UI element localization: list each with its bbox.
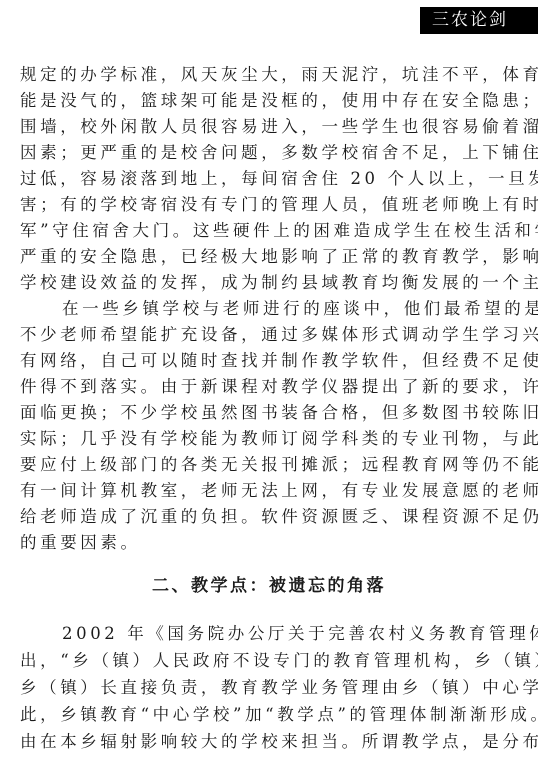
text-line: 要应付上级部门的各类无关报刊摊派；远程教育网等仍不能保证，有的学校只: [20, 452, 520, 478]
text-line: 由在本乡辐射影响较大的学校来担当。所谓教学点，是分布在其他自然村的完: [20, 728, 520, 755]
text-line: 此，乡镇教育“中心学校”加“教学点”的管理体制渐渐形成。中心学校往往: [20, 701, 520, 728]
text-line: 有一间计算机教室，老师无法上网，有专业发展意愿的老师只能自购电脑，这: [20, 478, 520, 504]
text-line: 规定的办学标准，风天灰尘大，雨天泥泞，坑洼不平，体育器材不足，篮球可: [20, 62, 520, 88]
paragraph-3: 2002 年《国务院办公厅关于完善农村义务教育管理体制的通知》明确提 出，“乡（…: [20, 620, 520, 755]
text-line: 实际；几乎没有学校能为教师订阅学科类的专业刊物，与此并存的是，学校却: [20, 426, 520, 452]
text-line: 过低，容易滚落到地上，每间宿舍住 20 个人以上，一旦发生火灾将造成重大伤: [20, 166, 520, 192]
text-line: 乡（镇）长直接负责，教育教学业务管理由乡（镇）中心学校校长负责”。至: [20, 674, 520, 701]
text-line: 严重的安全隐患，已经极大地影响了正常的教育教学，影响了乡镇农村寄宿制: [20, 244, 520, 270]
text-line: 面临更换；不少学校虽然图书装备合格，但多数图书较陈旧，不符合当前教育: [20, 400, 520, 426]
text-line: 2002 年《国务院办公厅关于完善农村义务教育管理体制的通知》明确提: [20, 620, 520, 647]
text-line: 围墙，校外闲散人员很容易进入，一些学生也很容易偷着溜出校园造成不安全: [20, 114, 520, 140]
paragraph-1: 规定的办学标准，风天灰尘大，雨天泥泞，坑洼不平，体育器材不足，篮球可 能是没气的…: [20, 62, 520, 296]
text-line: 的重要因素。: [20, 530, 520, 556]
section-heading: 二、教学点：被遗忘的角落: [0, 573, 538, 599]
text-line: 不少老师希望能扩充设备，通过多媒体形式调动学生学习兴趣；希望办公室能: [20, 322, 520, 348]
text-line: 在一些乡镇学校与老师进行的座谈中，他们最希望的是改善教学条件。有: [20, 296, 520, 322]
text-line: 有网络，自己可以随时查找并制作教学软件，但经费不足使许多应有的教学条: [20, 348, 520, 374]
section-tag: 三农论剑: [420, 7, 538, 34]
text-line: 件得不到落实。由于新课程对教学仪器提出了新的要求，许多学校的教学仪器: [20, 374, 520, 400]
text-line: 害；有的学校寄宿没有专门的管理人员，值班老师晚上有时只能用一把“铁将: [20, 192, 520, 218]
text-line: 能是没气的，篮球架可能是没框的，使用中存在安全隐患；还有些学校周边无: [20, 88, 520, 114]
text-line: 出，“乡（镇）人民政府不设专门的教育管理机构，乡（镇）有关教育工作由: [20, 647, 520, 674]
text-line: 学校建设效益的发挥，成为制约县域教育均衡发展的一个主要瓶颈。: [20, 270, 520, 296]
text-line: 因素；更严重的是校舍问题，多数学校宿舍不足，上下铺住四个人，床铺护栏: [20, 140, 520, 166]
paragraph-2: 在一些乡镇学校与老师进行的座谈中，他们最希望的是改善教学条件。有 不少老师希望能…: [20, 296, 520, 556]
text-line: 给老师造成了沉重的负担。软件资源匮乏、课程资源不足仍然是制约乡镇教学: [20, 504, 520, 530]
text-line: 军”守住宿舍大门。这些硬件上的困难造成学生在校生活和学习困难，造成了: [20, 218, 520, 244]
